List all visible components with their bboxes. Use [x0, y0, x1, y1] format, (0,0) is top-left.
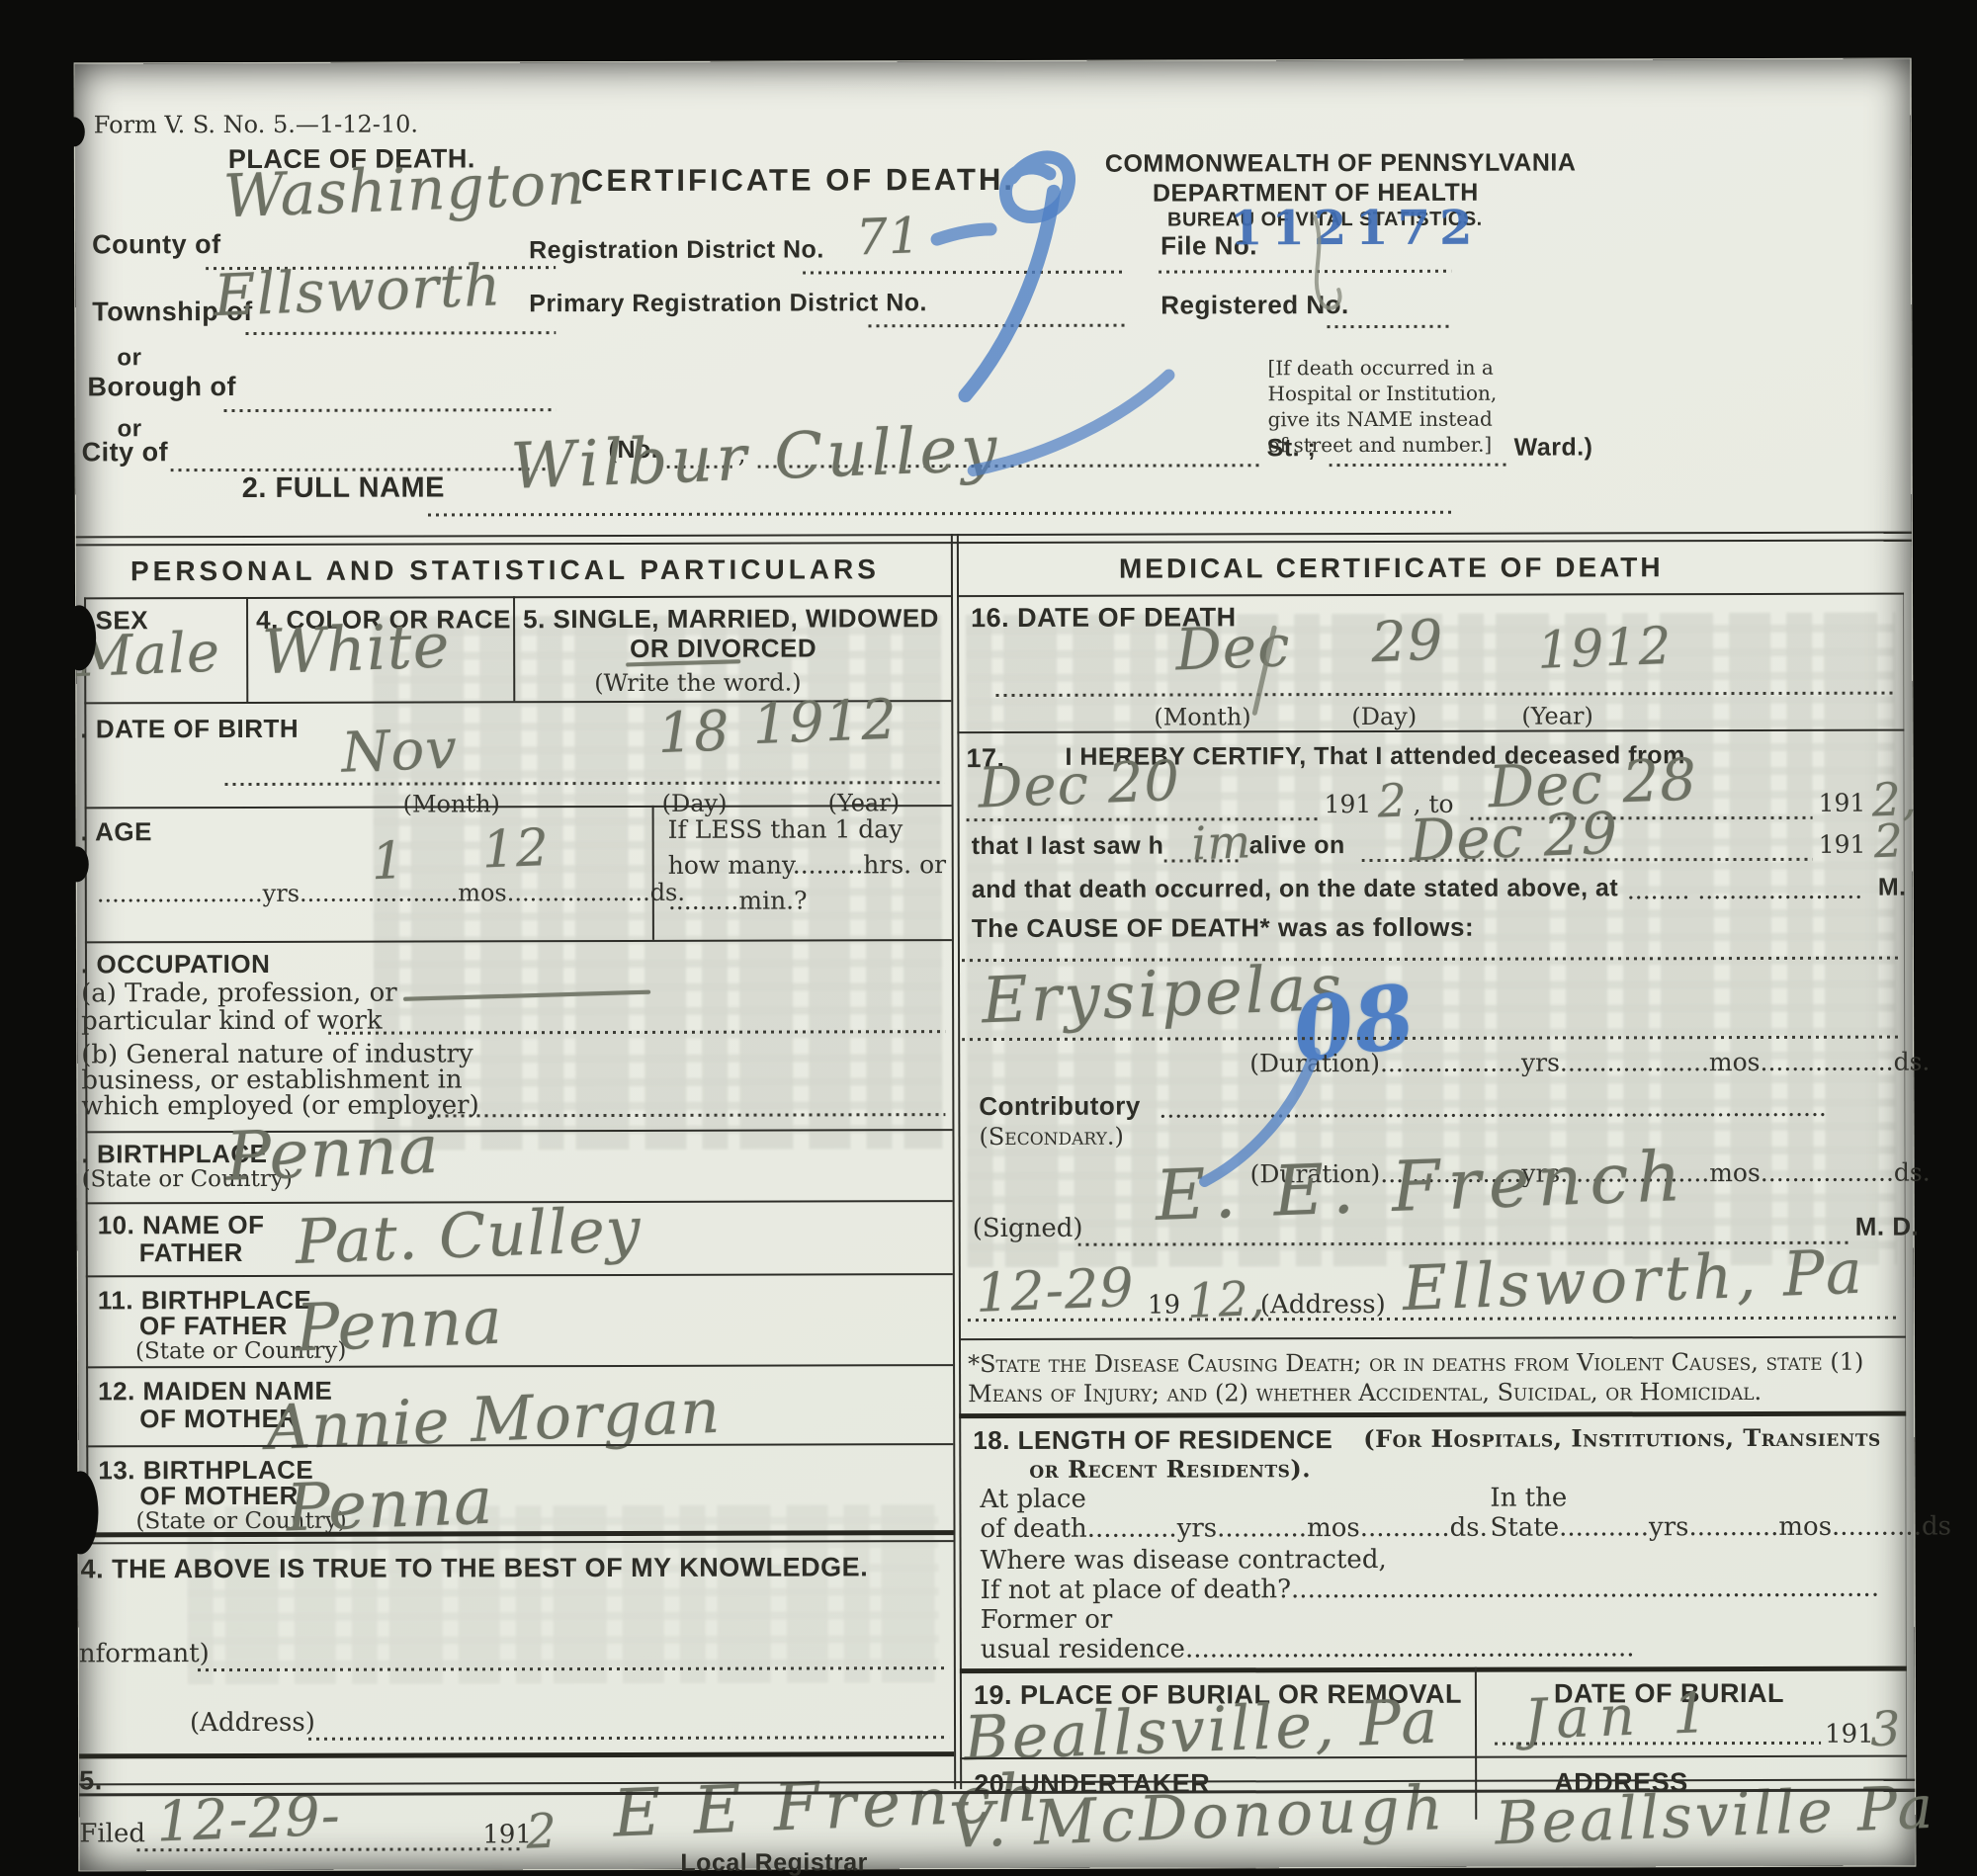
contributory-dots: ........................................…: [1159, 1093, 1827, 1124]
rule: [86, 1273, 953, 1277]
dod-line: [995, 692, 1897, 697]
burial-divider: [1475, 1667, 1477, 1756]
where-contracted-label: Where was disease contracted,: [981, 1545, 1387, 1576]
full-name-line: [428, 511, 1452, 517]
left-section-title: PERSONAL AND STATISTICAL PARTICULARS: [130, 554, 880, 587]
birthplace-value: Penna: [224, 1111, 441, 1197]
full-name-label: 2. FULL NAME: [242, 471, 445, 505]
county-value: Washington: [222, 149, 587, 232]
township-line: [245, 331, 556, 335]
dod-day-value: 29: [1370, 609, 1445, 676]
burial-year-value: 3: [1869, 1701, 1903, 1757]
last-saw-year: 2: [1873, 813, 1905, 868]
column-divider: [951, 534, 956, 1789]
length-of-residence-label: 18. LENGTH OF RESIDENCE: [973, 1424, 1332, 1456]
dob-year-cap: (Year): [828, 789, 901, 816]
cell-divider: [246, 597, 248, 702]
father-bp-label: OF FATHER: [139, 1311, 288, 1341]
dod-day-cap: (Day): [1351, 703, 1417, 730]
at-place-label: At place: [980, 1485, 1086, 1514]
local-registrar-caption: Local Registrar: [680, 1848, 868, 1876]
length-of-residence-paren: (For Hospitals, Institutions, Transients: [1363, 1423, 1881, 1453]
or-label: or: [117, 344, 141, 372]
heavy-rule: [79, 1751, 954, 1758]
age-mos-value: 1: [371, 831, 406, 892]
rule: [959, 1336, 1906, 1341]
dob-line: [225, 781, 945, 786]
occupation-a1: (a) Trade, profession, or: [81, 979, 397, 1009]
age-note: .........min.?: [668, 886, 808, 914]
sign-address-value: Ellsworth, Pa: [1402, 1236, 1867, 1325]
filed-year-value: 2: [525, 1804, 559, 1860]
cell-divider: [652, 806, 654, 940]
affirmation-text: 4. THE ABOVE IS TRUE TO THE BEST OF MY K…: [81, 1552, 869, 1584]
last-saw-post: alive on: [1249, 831, 1345, 860]
age-note: how many.........hrs. or: [668, 850, 946, 880]
last-saw-date: Dec 29: [1408, 800, 1619, 875]
reg-district-label: Registration District No.: [529, 235, 824, 265]
of-death-leader: of death...........yrs...........mos....…: [980, 1513, 1487, 1544]
filed-section-no: 5.: [79, 1765, 103, 1796]
full-name-value: Wilbur Culley: [509, 412, 1001, 504]
mother-value: Annie Morgan: [265, 1375, 722, 1464]
edge-tear: [65, 846, 89, 882]
occupation-label: . OCCUPATION: [81, 949, 270, 981]
age-note: If LESS than 1 day: [668, 814, 903, 844]
reg-district-value: 71: [855, 207, 922, 266]
last-saw-line1: [1164, 859, 1242, 862]
sign-address-label: (Address): [1260, 1290, 1386, 1320]
form-number: Form V. S. No. 5.—1-12-10.: [94, 111, 418, 139]
informant-line: [198, 1666, 949, 1671]
heavy-rule: [960, 1666, 1907, 1674]
occupation-dash-value: [403, 990, 650, 1001]
secondary-label: (Secondary.): [979, 1123, 1124, 1151]
father-bp-value: Penna: [295, 1283, 505, 1367]
borough-value: Ellsworth: [213, 251, 503, 329]
length-of-residence-paren2: or Recent Residents).: [1029, 1454, 1311, 1484]
in-the-label: In the: [1490, 1483, 1567, 1512]
attend-year-printed: 191: [1325, 790, 1372, 818]
city-label: City of: [82, 437, 169, 468]
occurred-dots: ........ .....................: [1627, 876, 1862, 905]
edge-tear: [63, 117, 85, 146]
right-section-title: MEDICAL CERTIFICATE OF DEATH: [1119, 552, 1664, 584]
former-label: Former or: [981, 1605, 1113, 1635]
cause-of-death-label: The CAUSE OF DEATH* was as follows:: [972, 912, 1474, 944]
commonwealth-line: COMMONWEALTH OF PENNSYLVANIA: [1105, 148, 1577, 178]
rule: [85, 1129, 952, 1133]
city-line: [171, 468, 555, 471]
occupation-a-line: [328, 1030, 945, 1035]
state-leader: State...........yrs...........mos.......…: [1490, 1511, 1951, 1542]
borough-line: [224, 408, 557, 412]
dob-month-value: Nov: [340, 717, 459, 785]
attend-from-line: [967, 817, 1319, 821]
cell-divider: [513, 596, 515, 701]
registered-no-line: [1327, 325, 1451, 328]
dob-day-cap: (Day): [662, 790, 728, 817]
primary-reg-line: [868, 324, 1125, 328]
rule: [85, 939, 952, 943]
dob-label: . DATE OF BIRTH: [80, 714, 299, 745]
last-saw-year-printed: 191: [1819, 830, 1866, 859]
hospital-note: [If death occurred in a Hospital or Inst…: [1267, 355, 1516, 459]
marital-label: 5. SINGLE, MARRIED, WIDOWED: [523, 603, 939, 635]
occurred-text: and that death occurred, on the date sta…: [972, 874, 1618, 904]
rule: [957, 593, 1904, 598]
dod-month-cap: (Month): [1154, 703, 1250, 730]
contributory-label: Contributory: [979, 1091, 1141, 1122]
last-saw-pre: that I last saw h: [972, 832, 1164, 862]
ward-line: [1330, 464, 1507, 467]
column-divider: [957, 534, 962, 1789]
filed-year-printed: 191: [482, 1820, 532, 1849]
dob-year-value: 1912: [751, 688, 899, 757]
certificate-paper: Form V. S. No. 5.—1-12-10. PLACE OF DEAT…: [75, 59, 1916, 1871]
cause-line2: [962, 1036, 1901, 1041]
county-label: County of: [92, 229, 221, 260]
file-no-line: [1159, 270, 1451, 274]
signed-signature: E. E. French: [1154, 1136, 1690, 1236]
occupation-b-line: [429, 1113, 945, 1117]
footnote-line-1: *State the Disease Causing Death; or in …: [968, 1348, 1863, 1378]
age-ds-value: 12: [481, 818, 551, 881]
divider: [76, 532, 1912, 539]
borough-label: Borough of: [87, 372, 236, 402]
age-label: . AGE: [81, 816, 152, 847]
informant-address-line: [308, 1736, 949, 1741]
primary-reg-label: Primary Registration District No.: [529, 289, 927, 318]
attend-from-value: Dec 20: [977, 749, 1181, 821]
scanned-death-certificate: Form V. S. No. 5.—1-12-10. PLACE OF DEAT…: [0, 0, 1977, 1876]
informant-label: nformant): [79, 1639, 210, 1668]
father-label: 10. NAME OF: [98, 1210, 265, 1240]
reg-district-line: [803, 271, 1125, 275]
occurred-m-label: M.: [1878, 874, 1907, 902]
mother-bp-label: OF MOTHER: [139, 1481, 299, 1511]
edge-tear: [62, 1471, 98, 1554]
certificate-title: CERTIFICATE OF DEATH.: [581, 162, 1015, 199]
ward-label: Ward.): [1514, 433, 1593, 462]
dob-month-cap: (Month): [403, 790, 500, 817]
usual-residence-label: usual residence.........................…: [981, 1633, 1635, 1664]
dod-year-cap: (Year): [1521, 702, 1593, 729]
sign-date-value: 12-29: [975, 1256, 1136, 1324]
filed-label: Filed: [79, 1819, 145, 1848]
father-label: FATHER: [139, 1237, 243, 1268]
rule: [84, 595, 951, 599]
divider: [76, 540, 1912, 547]
file-no-stamp: 112172: [1230, 201, 1482, 257]
dod-year-value: 1912: [1536, 617, 1673, 681]
sex-value: Male: [75, 621, 221, 690]
heavy-rule: [959, 1411, 1906, 1419]
if-not-label: If not at place of death?...............…: [981, 1574, 1879, 1605]
signed-label: (Signed): [973, 1214, 1083, 1243]
informant-address-label: (Address): [190, 1708, 315, 1738]
attend-from-year: 2: [1377, 773, 1409, 827]
footnote-line-2: Means of Injury; and (2) whether Acciden…: [968, 1378, 1762, 1407]
edge-tear: [62, 605, 96, 670]
rule: [957, 729, 1904, 734]
duration-leader: (Duration)..................yrs.........…: [1249, 1048, 1930, 1078]
registered-no-label: Registered No.: [1160, 290, 1349, 320]
race-value: White: [261, 609, 452, 688]
undertaker-divider: [1475, 1756, 1477, 1820]
rule: [85, 805, 952, 809]
heavy-rule: [87, 1530, 954, 1537]
rule: [87, 1540, 954, 1544]
father-value: Pat. Culley: [294, 1193, 642, 1278]
dob-day-value: 18: [656, 699, 731, 766]
sign-year-printed: 19: [1148, 1291, 1180, 1321]
attend-to-year-printed: 191: [1819, 789, 1866, 817]
rule: [86, 1364, 953, 1368]
dod-month-value: Dec: [1174, 612, 1292, 683]
burial-year-printed: 191: [1825, 1720, 1874, 1749]
burial-date-line: [1495, 1742, 1821, 1746]
